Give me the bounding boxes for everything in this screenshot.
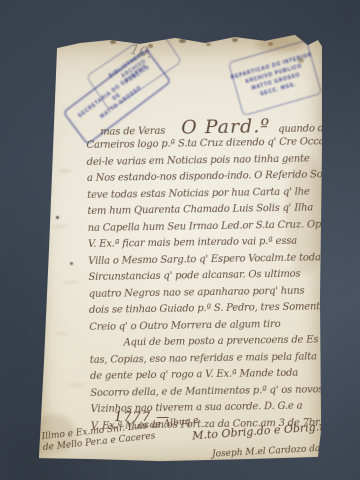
ink-speck (56, 216, 59, 219)
manuscript-paper: SECRETARIA DO GOVERNODEMATTO GROSSO BIBL… (36, 34, 324, 462)
letter-body: mas de Veras O Pard.º quando de que fi C… (86, 114, 327, 435)
archive-stamp-right: REPARTICAO DO INTERIORARCHIVO PUBLICOMAT… (228, 40, 322, 116)
photo-stage: SECRETARIA DO GOVERNODEMATTO GROSSO BIBL… (0, 0, 360, 480)
ink-speck (70, 262, 73, 265)
paper-stain-speck (232, 38, 238, 42)
letter-body-lines: Carneiros logo p.ª S.ta Cruz dizendo q' … (86, 134, 327, 435)
stamp-lines: REPARTICAO DO INTERIORARCHIVO PUBLICOMAT… (230, 51, 320, 105)
paper-stain-speck (206, 43, 211, 46)
paper-stain-speck (179, 39, 186, 43)
